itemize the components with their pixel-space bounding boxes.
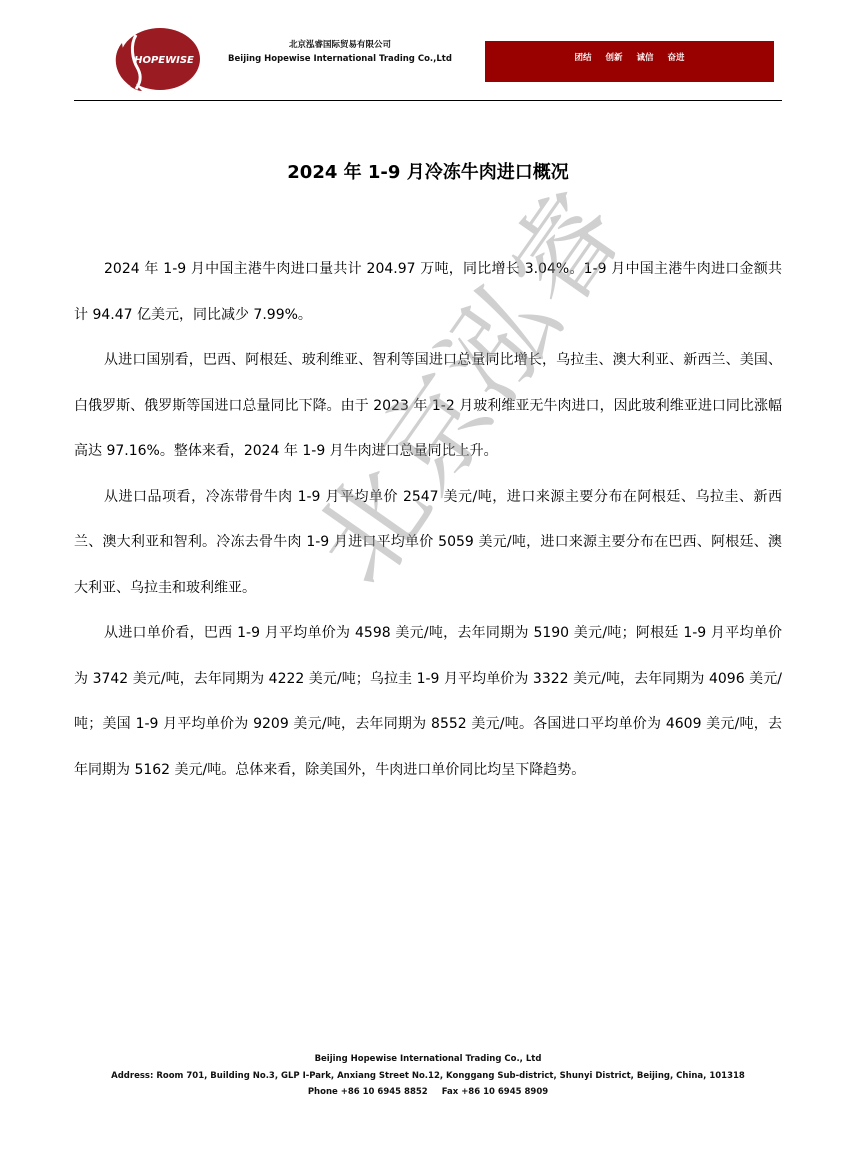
paragraph-volume-summary: 2024 年 1-9 月中国主港牛肉进口量共计 204.97 万吨，同比增长 3…	[74, 247, 782, 338]
paragraph-unit-price: 从进口单价看，巴西 1-9 月平均单价为 4598 美元/吨，去年同期为 519…	[74, 611, 782, 793]
footer-phone: Phone +86 10 6945 8852	[308, 1087, 428, 1097]
document-title: 2024 年 1-9 月冷冻牛肉进口概况	[0, 158, 856, 184]
footer-fax: Fax +86 10 6945 8909	[442, 1087, 548, 1097]
header-divider	[74, 100, 782, 101]
company-name-cn: 北京泓睿国际贸易有限公司	[222, 38, 458, 52]
slogan-integrity: 诚信	[637, 51, 654, 63]
slogan-unity: 团结	[574, 51, 591, 63]
svg-text:HOPEWISE: HOPEWISE	[134, 55, 194, 66]
slogan-innovation: 创新	[605, 51, 622, 63]
document-body: 2024 年 1-9 月中国主港牛肉进口量共计 204.97 万吨，同比增长 3…	[74, 247, 782, 793]
company-name-en: Beijing Hopewise International Trading C…	[222, 52, 458, 66]
footer-address: Address: Room 701, Building No.3, GLP I-…	[0, 1068, 856, 1085]
footer-company: Beijing Hopewise International Trading C…	[0, 1051, 856, 1068]
company-name-block: 北京泓睿国际贸易有限公司 Beijing Hopewise Internatio…	[222, 38, 458, 66]
paragraph-by-product: 从进口品项看，冷冻带骨牛肉 1-9 月平均单价 2547 美元/吨，进口来源主要…	[74, 475, 782, 612]
paragraph-by-country: 从进口国别看，巴西、阿根廷、玻利维亚、智利等国进口总量同比增长，乌拉圭、澳大利亚…	[74, 338, 782, 475]
slogan-banner: 团结 创新 诚信 奋进	[485, 41, 774, 82]
company-logo: HOPEWISE	[108, 25, 202, 93]
footer-contact: Phone +86 10 6945 8852Fax +86 10 6945 89…	[0, 1084, 856, 1101]
hopewise-logo-icon: HOPEWISE	[108, 25, 202, 93]
slogan-striving: 奋进	[668, 51, 685, 63]
footer: Beijing Hopewise International Trading C…	[0, 1051, 856, 1101]
